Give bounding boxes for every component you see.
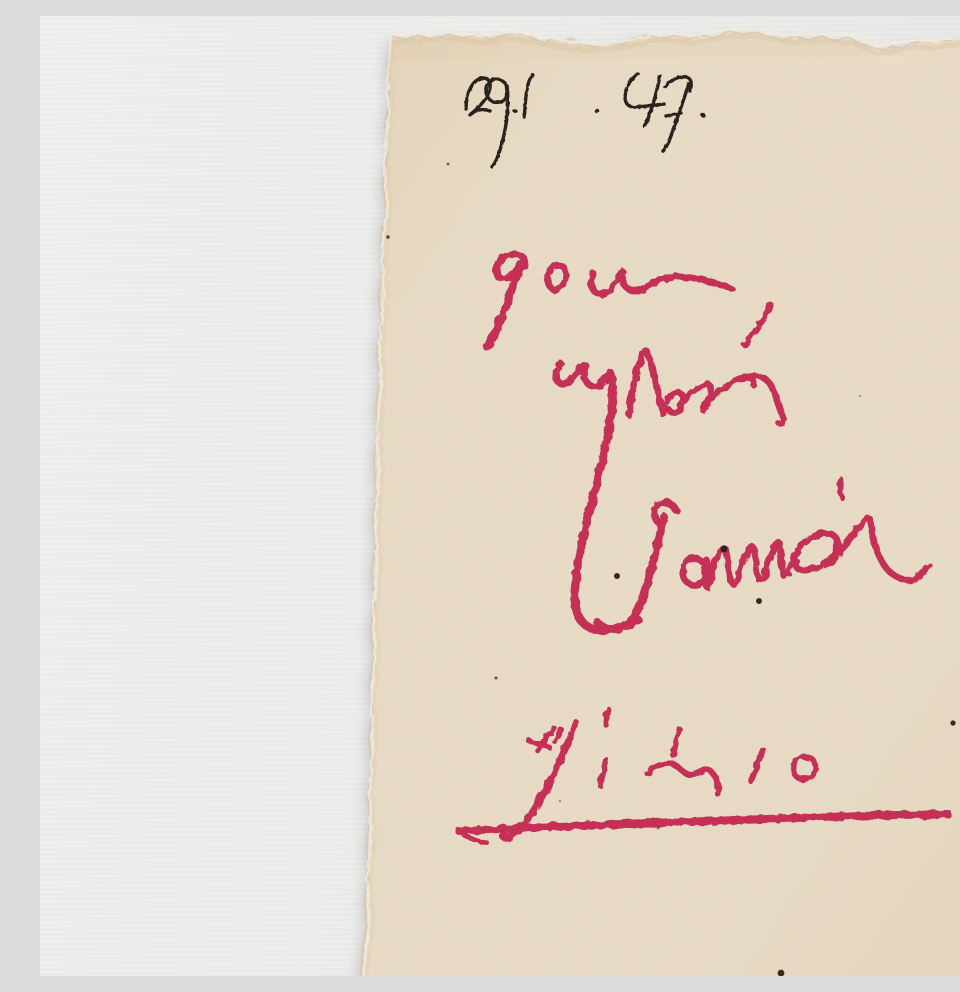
date-dot-2 <box>595 109 600 114</box>
ink-speck <box>559 800 561 802</box>
ink-speck <box>721 546 728 553</box>
date-dot-1 <box>513 109 517 113</box>
crayon-tick-mark <box>840 479 843 499</box>
paper-sheet <box>340 16 960 976</box>
artwork-photograph <box>40 16 960 976</box>
ink-speck <box>495 677 498 680</box>
torn-patch-highlight <box>877 55 905 65</box>
ink-speck <box>756 598 762 604</box>
ink-speck <box>859 395 861 397</box>
ink-speck <box>614 573 620 579</box>
ink-speck <box>386 235 390 239</box>
photo-frame <box>40 16 960 976</box>
ink-speck <box>657 827 660 830</box>
ink-speck <box>447 163 450 166</box>
paper-grain <box>340 16 960 976</box>
ink-speck <box>950 720 955 725</box>
date-dot-3 <box>701 113 706 118</box>
